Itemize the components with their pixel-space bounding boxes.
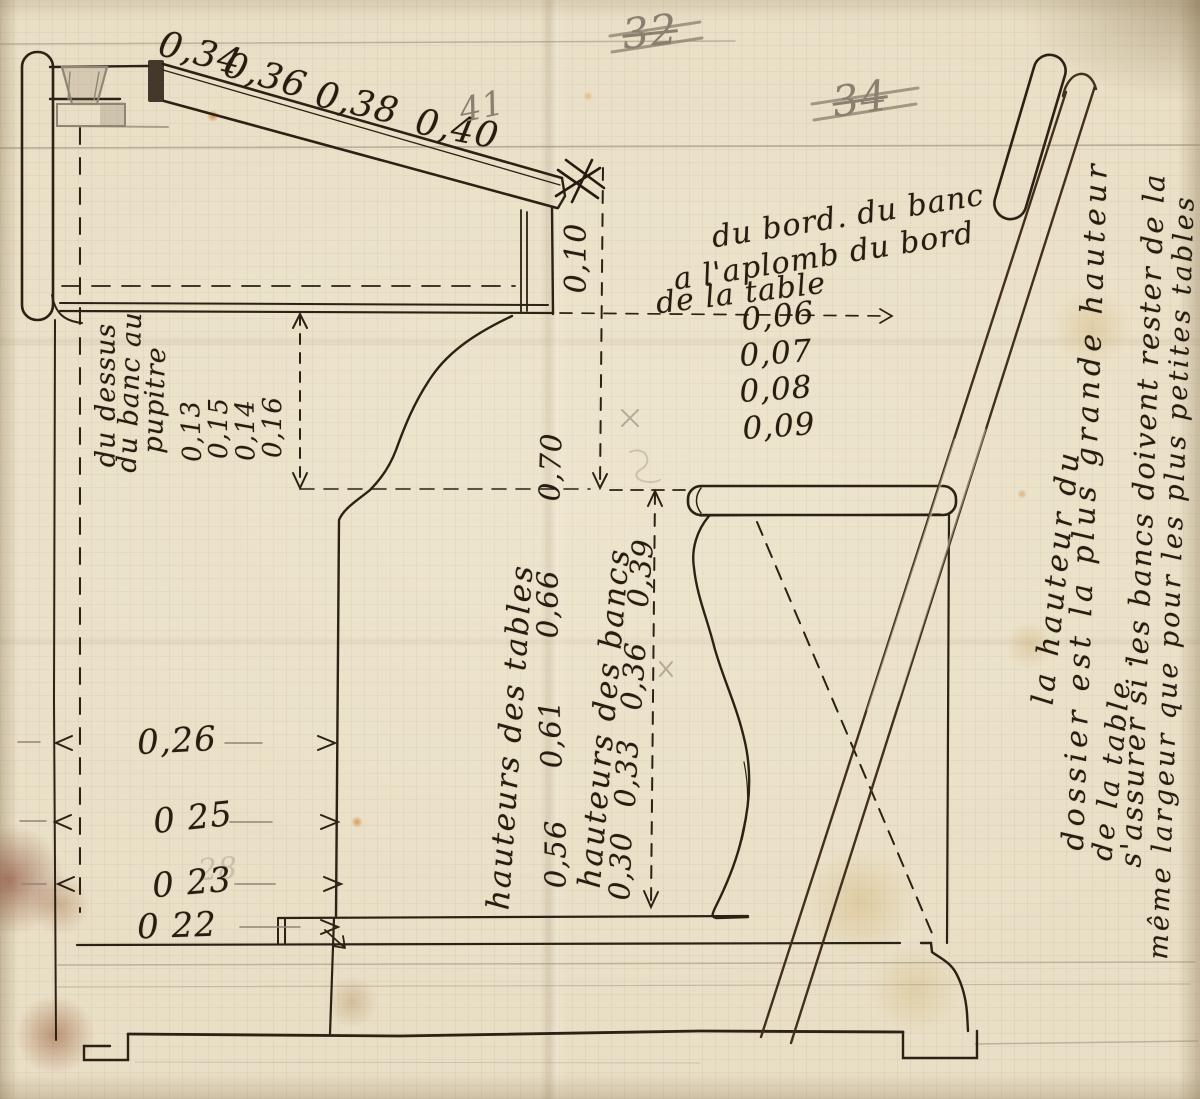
dim-left-value-4: 0 22 xyxy=(137,908,218,945)
note-tables-value-1: 0,56 xyxy=(542,820,571,889)
annotation-pencil-41: 41 xyxy=(456,86,507,129)
annotation-pencil-crossed-34: 34 xyxy=(830,74,891,123)
note-dessus-value-4: 0,16 xyxy=(260,396,286,458)
bench-foot xyxy=(903,943,977,1058)
note-bancs-value-3: 0,36 xyxy=(617,641,651,711)
note-dessus-value-1: 0,13 xyxy=(178,400,206,463)
note-bancs-value-1: 0,30 xyxy=(605,831,636,901)
note-dessus-line3: pupitre xyxy=(140,346,171,454)
note-tables-value-3: 0,66 xyxy=(534,570,563,639)
dim-left-value-2: 0 25 xyxy=(152,797,235,839)
note-dessus-value-2: 0,15 xyxy=(206,397,232,459)
bench-seat xyxy=(688,486,956,516)
backrest-board xyxy=(991,51,1070,223)
dim-left-value-3: 0 23 xyxy=(151,863,233,904)
sketch-page: 0,34 0,36 0,38 0,40 32 34 41 28 0,10 du … xyxy=(0,0,1200,1099)
inkwell xyxy=(50,60,168,127)
note-bord-value-2: 0,07 xyxy=(738,336,813,372)
note-dessus-value-3: 0,14 xyxy=(232,399,259,461)
note-bancs-value-2: 0,33 xyxy=(611,738,644,808)
dim-left-value-1: 0,26 xyxy=(136,722,217,760)
note-tables-value-4: 0,70 xyxy=(535,432,566,502)
note-tables-value-2: 0,61 xyxy=(535,699,566,769)
note-bord-value-4: 0,09 xyxy=(741,409,816,445)
annotation-edge-dim: 0,10 xyxy=(562,223,592,294)
note-bancs-value-4: 0,39 xyxy=(624,538,659,609)
desk-left-panel xyxy=(22,52,82,1040)
annotation-pencil-crossed-32: 32 xyxy=(620,8,680,56)
note-bord-value-3: 0,08 xyxy=(738,372,813,408)
note-bord-value-1: 0,06 xyxy=(740,298,816,336)
desk-pedestal xyxy=(330,316,512,1034)
